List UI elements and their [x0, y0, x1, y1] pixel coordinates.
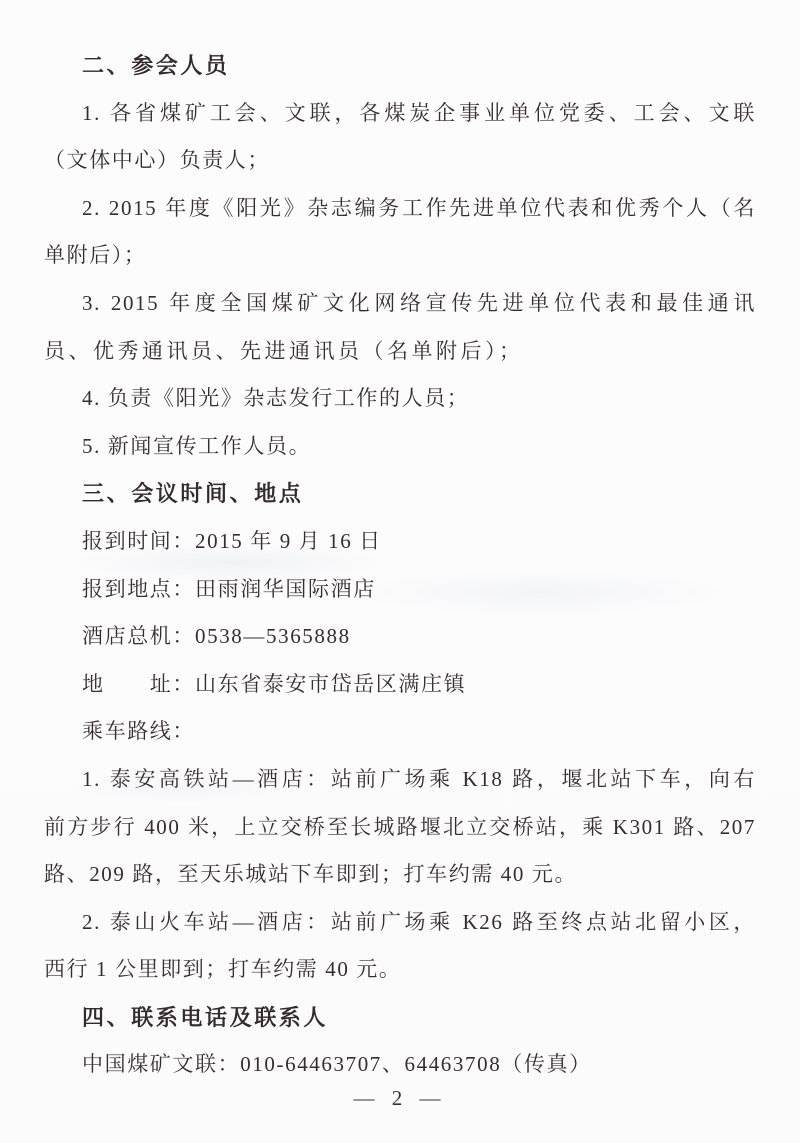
doc-line-route-1b: 前方步行 400 米，上立交桥至长城路堰北立交桥站，乘 K301 路、207: [44, 804, 756, 852]
doc-line-attendees-3a: 3. 2015 年度全国煤矿文化网络宣传先进单位代表和最佳通讯: [44, 280, 756, 328]
doc-line-hotel-address: 地 址：山东省泰安市岱岳区满庄镇: [44, 661, 756, 709]
doc-line-route-1c: 路、209 路，至天乐城站下车即到；打车约需 40 元。: [44, 851, 756, 899]
section-heading-contacts: 四、联系电话及联系人: [44, 994, 756, 1042]
document-body: 二、参会人员 1. 各省煤矿工会、文联，各煤炭企事业单位党委、工会、文联 （文体…: [44, 42, 756, 1089]
doc-line-route-1a: 1. 泰安高铁站—酒店：站前广场乘 K18 路，堰北站下车，向右: [44, 756, 756, 804]
page-number: — 2 —: [0, 1086, 800, 1111]
doc-line-attendees-2b: 单附后）；: [44, 232, 756, 280]
doc-line-attendees-4: 4. 负责《阳光》杂志发行工作的人员；: [44, 375, 756, 423]
section-heading-time-location: 三、会议时间、地点: [44, 470, 756, 518]
section-heading-attendees: 二、参会人员: [44, 42, 756, 90]
doc-line-route-2b: 西行 1 公里即到；打车约需 40 元。: [44, 946, 756, 994]
doc-line-attendees-1a: 1. 各省煤矿工会、文联，各煤炭企事业单位党委、工会、文联: [44, 90, 756, 138]
scanned-document-page: 二、参会人员 1. 各省煤矿工会、文联，各煤炭企事业单位党委、工会、文联 （文体…: [0, 0, 800, 1143]
doc-line-attendees-3b: 员、优秀通讯员、先进通讯员（名单附后）；: [44, 328, 756, 376]
doc-line-checkin-time: 报到时间：2015 年 9 月 16 日: [44, 518, 756, 566]
doc-line-attendees-1b: （文体中心）负责人；: [44, 137, 756, 185]
doc-line-attendees-2a: 2. 2015 年度《阳光》杂志编务工作先进单位代表和优秀个人（名: [44, 185, 756, 233]
doc-line-attendees-5: 5. 新闻宣传工作人员。: [44, 423, 756, 471]
doc-line-routes-label: 乘车路线：: [44, 708, 756, 756]
doc-line-hotel-phone: 酒店总机：0538—5365888: [44, 613, 756, 661]
doc-line-contact-phones: 中国煤矿文联：010-64463707、64463708（传真）: [44, 1041, 756, 1089]
doc-line-route-2a: 2. 泰山火车站—酒店：站前广场乘 K26 路至终点站北留小区，: [44, 899, 756, 947]
doc-line-checkin-place: 报到地点：田雨润华国际酒店: [44, 566, 756, 614]
